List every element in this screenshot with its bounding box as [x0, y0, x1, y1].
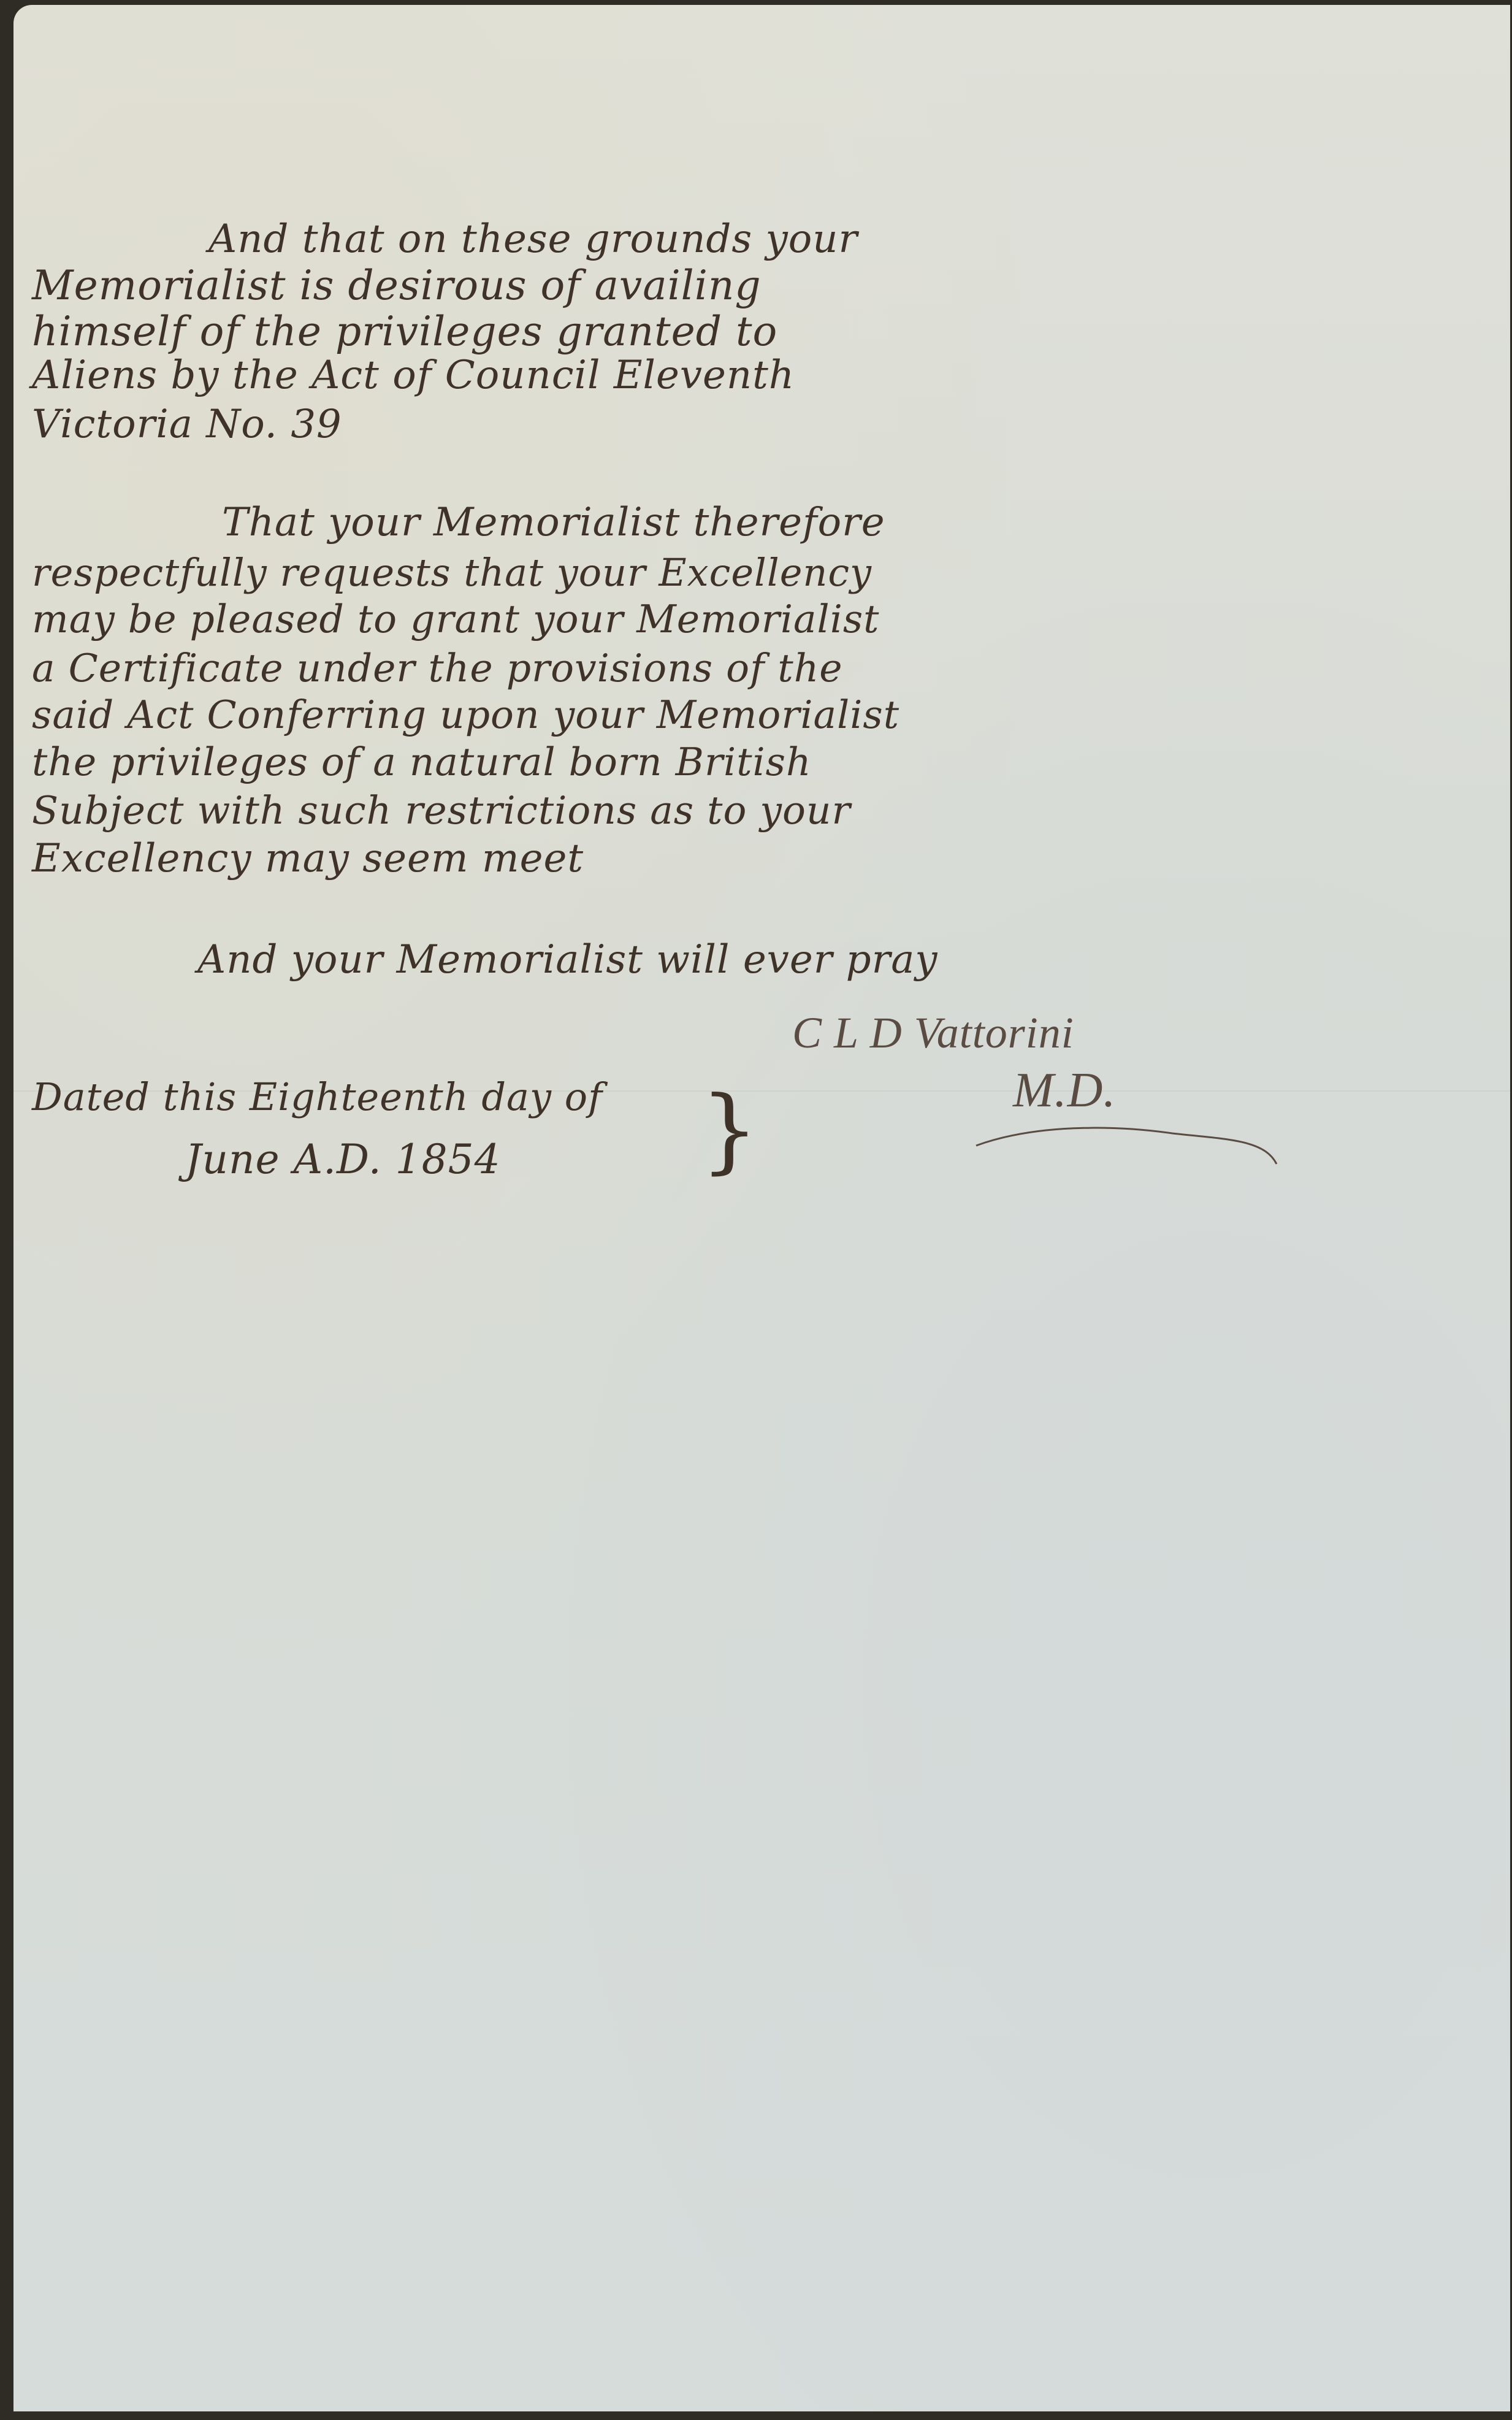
text-line: himself of the privileges granted to: [32, 312, 777, 352]
date-line-2: June A.D. 1854: [185, 1139, 501, 1180]
text-line: Excellency may seem meet: [32, 839, 584, 878]
text-line: may be pleased to grant your Memorialist: [32, 600, 880, 638]
date-brace: }: [700, 1084, 758, 1176]
text-line: And that on these grounds your: [208, 220, 858, 259]
text-line: said Act Conferring upon your Memorialis…: [32, 695, 899, 734]
text-line: Aliens by the Act of Council Eleventh: [32, 356, 795, 395]
signature-name: C L D Vattorini: [792, 1011, 1074, 1055]
closing-line: And your Memorialist will ever pray: [197, 940, 938, 979]
text-line: Subject with such restrictions as to you…: [32, 791, 851, 830]
text-line: the privileges of a natural born British: [32, 743, 812, 781]
text-line: respectfully requests that your Excellen…: [32, 554, 872, 592]
text-line: Memorialist is desirous of availing: [32, 266, 762, 306]
text-line: That your Memorialist therefore: [222, 503, 885, 542]
text-line: a Certificate under the provisions of th…: [32, 649, 843, 687]
date-line-1: Dated this Eighteenth day of: [32, 1078, 603, 1116]
manuscript-page: And that on these grounds your Memoriali…: [13, 5, 1510, 2411]
signature-title: M.D.: [1013, 1066, 1116, 1115]
signature-flourish-icon: [970, 1109, 1289, 1176]
text-line: Victoria No. 39: [32, 405, 342, 444]
